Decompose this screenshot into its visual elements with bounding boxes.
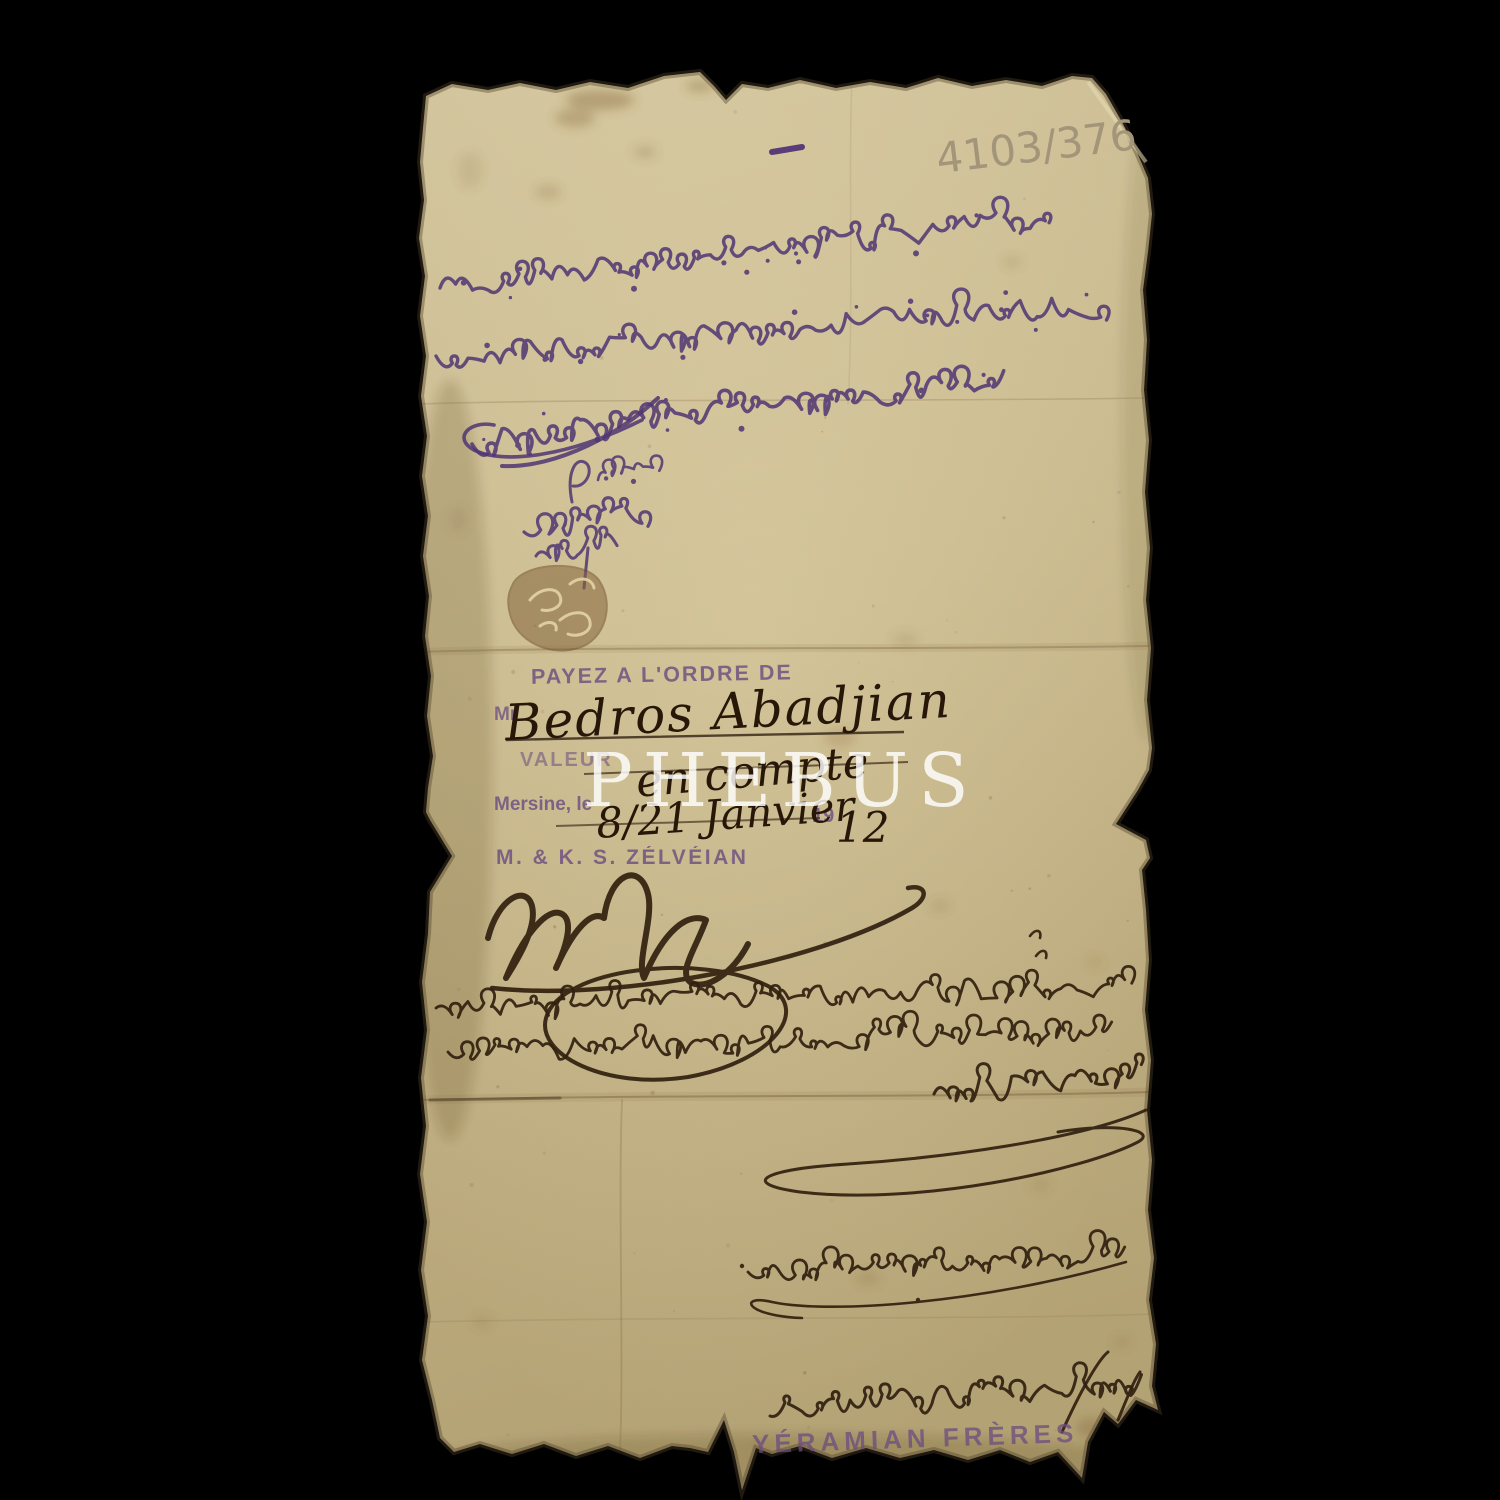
paper-speckle xyxy=(1003,516,1006,519)
diacritic-dot xyxy=(974,213,978,217)
diacritic-dot xyxy=(794,251,798,255)
paper-speckle xyxy=(1107,1050,1109,1052)
paper-speckle xyxy=(673,1310,675,1312)
paper-speckle xyxy=(543,1151,547,1155)
paper-speckle xyxy=(872,605,875,608)
diacritic-dot xyxy=(518,267,522,271)
paper-speckle xyxy=(858,662,860,664)
diacritic-dot xyxy=(543,357,548,362)
paper-speckle xyxy=(661,914,663,916)
diacritic-dot xyxy=(766,259,770,263)
paper-speckle xyxy=(740,1173,742,1175)
document-photo-canvas: 4103/376 PAYEZ A L'ORDRE DE Mr VALEUR Me… xyxy=(0,0,1500,1500)
diacritic-dot xyxy=(578,359,583,364)
paper-speckle xyxy=(506,1434,509,1437)
diacritic-dot xyxy=(739,426,745,432)
diacritic-dot xyxy=(919,388,925,394)
paper-speckle xyxy=(954,631,957,634)
diacritic-dot xyxy=(631,479,636,484)
diacritic-dot xyxy=(515,442,521,448)
photograph-of-document: 4103/376 PAYEZ A L'ORDRE DE Mr VALEUR Me… xyxy=(0,0,1500,1500)
diacritic-dot xyxy=(855,305,859,309)
paper-speckle xyxy=(803,1371,807,1375)
paper-speckle xyxy=(648,444,652,448)
diacritic-dot xyxy=(484,343,490,349)
paper-speckle xyxy=(1117,491,1121,495)
paper-speckle xyxy=(457,988,461,992)
paper-speckle xyxy=(470,1183,474,1187)
diacritic-dot xyxy=(482,438,485,441)
stamp-zelveian: M. & K. S. ZÉLVÉIAN xyxy=(496,846,748,869)
paper-speckle xyxy=(824,417,826,419)
diacritic-dot xyxy=(955,320,959,324)
paper-speckle xyxy=(821,431,823,433)
diacritic-dot xyxy=(1034,328,1038,332)
paper-speckle xyxy=(830,1199,834,1203)
diacritic-dot xyxy=(664,398,668,402)
diacritic-dot xyxy=(631,286,637,292)
diacritic-dot xyxy=(1085,293,1089,297)
diacritic-dot xyxy=(908,299,913,304)
paper-speckle xyxy=(1127,920,1129,922)
diacritic-dot xyxy=(680,355,685,360)
diacritic-dot xyxy=(764,246,767,249)
diacritic-dot xyxy=(744,270,749,275)
paper-speckle xyxy=(946,619,948,621)
diacritic-dot xyxy=(792,309,798,315)
paper-speckle xyxy=(989,796,993,800)
paper-speckle xyxy=(496,1085,499,1088)
paper-speckle xyxy=(511,670,515,674)
diacritic-dot xyxy=(666,428,670,432)
paper-speckle xyxy=(650,1091,655,1096)
paper-speckle xyxy=(1029,887,1032,890)
diacritic-dot xyxy=(604,476,608,480)
diacritic-dot xyxy=(461,280,467,286)
paper-speckle xyxy=(1092,521,1095,524)
diacritic-dot xyxy=(618,333,621,336)
diacritic-dot xyxy=(796,259,801,264)
paper-speckle xyxy=(1047,874,1051,878)
diacritic-dot xyxy=(913,250,919,256)
diacritic-dot xyxy=(1003,290,1008,295)
phebus-watermark: PHEBUS xyxy=(583,738,979,824)
paper-speckle xyxy=(553,925,556,928)
paper-speckle xyxy=(1023,198,1025,200)
paper-speckle xyxy=(621,609,624,612)
diacritic-dot xyxy=(509,296,512,299)
diacritic-dot xyxy=(999,307,1004,312)
diacritic-dot xyxy=(721,260,726,265)
paper-speckle xyxy=(468,697,472,701)
paper-speckle xyxy=(1010,889,1013,892)
diacritic-dot xyxy=(542,412,546,416)
diacritic-dot xyxy=(982,373,986,377)
stamp-mersine-le: Mersine, le xyxy=(494,794,592,815)
diacritic-dot xyxy=(925,314,929,318)
paper-speckle xyxy=(634,1253,636,1255)
paper-speckle xyxy=(726,1243,730,1247)
paper-speckle xyxy=(734,110,737,113)
paper-speckle xyxy=(1127,585,1130,588)
